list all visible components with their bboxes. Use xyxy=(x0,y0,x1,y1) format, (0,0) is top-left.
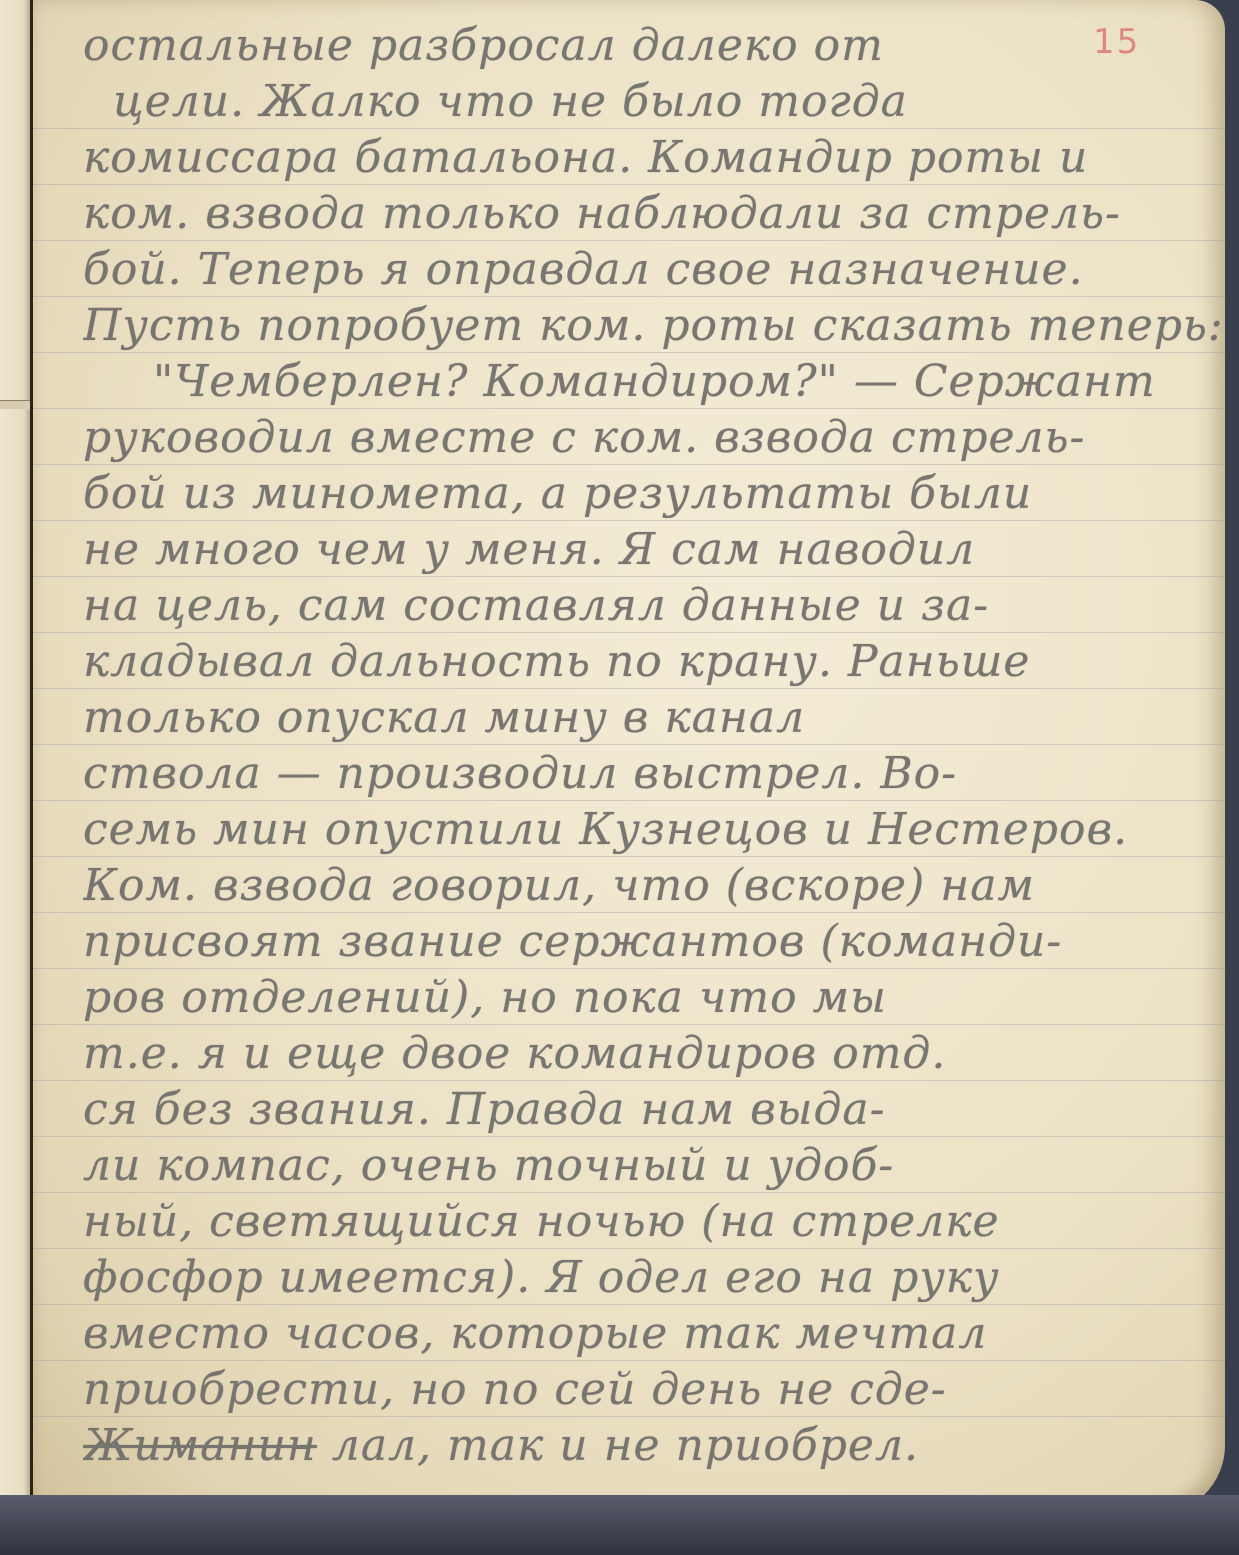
text-line: не много чем у меня. Я сам наводил xyxy=(83,524,1225,575)
text-line: т.е. я и еще двое командиров отд. xyxy=(83,1028,1225,1079)
text-line: Ком. взвода говорил, что (вскоре) нам xyxy=(83,860,1225,911)
ruled-line xyxy=(33,688,1225,689)
text-line: ствола — производил выстрел. Во- xyxy=(83,748,1225,799)
text-line: на цель, сам составлял данные и за- xyxy=(83,580,1225,631)
text-line: ли компас, очень точный и удоб- xyxy=(83,1140,1225,1191)
text-line: кладывал дальность по крану. Раньше xyxy=(83,636,1225,687)
ruled-line xyxy=(33,576,1225,577)
ruled-line xyxy=(33,240,1225,241)
ruled-line xyxy=(33,800,1225,801)
text-line: остальные разбросал далеко от xyxy=(83,20,1225,71)
ruled-line xyxy=(33,352,1225,353)
previous-page-edge xyxy=(0,0,33,1500)
text-line-tail: лал, так и не приобрел. xyxy=(332,1420,919,1471)
ruled-line xyxy=(33,1248,1225,1249)
ruled-line xyxy=(33,520,1225,521)
text-line: приобрести, но по сей день не сде- xyxy=(83,1364,1225,1415)
struck-word: Жиманин xyxy=(83,1420,317,1471)
text-line: бой. Теперь я оправдал свое назначение. xyxy=(83,244,1225,295)
ruled-line xyxy=(33,296,1225,297)
page-edge-notch xyxy=(0,400,30,409)
ruled-line xyxy=(33,1136,1225,1137)
ruled-line xyxy=(33,184,1225,185)
text-line: только опускал мину в канал xyxy=(83,692,1225,743)
ruled-line xyxy=(33,1360,1225,1361)
ruled-line xyxy=(33,1024,1225,1025)
text-line: цели. Жалко что не было тогда xyxy=(113,76,1225,127)
ruled-line xyxy=(33,1192,1225,1193)
ruled-line xyxy=(33,408,1225,409)
text-line: вместо часов, которые так мечтал xyxy=(83,1308,1225,1359)
ruled-line xyxy=(33,464,1225,465)
ruled-line xyxy=(33,1080,1225,1081)
ruled-line xyxy=(33,856,1225,857)
text-line: семь мин опустили Кузнецов и Нестеров. xyxy=(83,804,1225,855)
text-line: "Чемберлен? Командиром?" — Сержант xyxy=(153,356,1225,407)
text-line: руководил вместе с ком. взвода стрель- xyxy=(83,412,1225,463)
text-line: ров отделений), но пока что мы xyxy=(83,972,1225,1023)
text-line: комиссара батальона. Командир роты и xyxy=(83,132,1225,183)
text-line: бой из миномета, а результаты были xyxy=(83,468,1225,519)
ruled-line xyxy=(33,1304,1225,1305)
text-line: ный, светящийся ночью (на стрелке xyxy=(83,1196,1225,1247)
ruled-line xyxy=(33,1416,1225,1417)
text-line: фосфор имеется). Я одел его на руку xyxy=(83,1252,1225,1303)
ruled-line xyxy=(33,968,1225,969)
ruled-line xyxy=(33,128,1225,129)
ruled-line xyxy=(33,632,1225,633)
ruled-line xyxy=(33,744,1225,745)
text-line: Пусть попробует ком. роты сказать теперь… xyxy=(83,300,1225,351)
text-line: ком. взвода только наблюдали за стрель- xyxy=(83,188,1225,239)
text-line-with-strikethrough: Жиманин лал, так и не приобрел. xyxy=(83,1420,1225,1471)
scanner-background xyxy=(0,1495,1239,1555)
text-line: ся без звания. Правда нам выда- xyxy=(83,1084,1225,1135)
ruled-line xyxy=(33,912,1225,913)
notebook-page: 15 остальные разбросал далеко от цели. Ж… xyxy=(33,0,1225,1515)
text-line: присвоят звание сержантов (команди- xyxy=(83,916,1225,967)
